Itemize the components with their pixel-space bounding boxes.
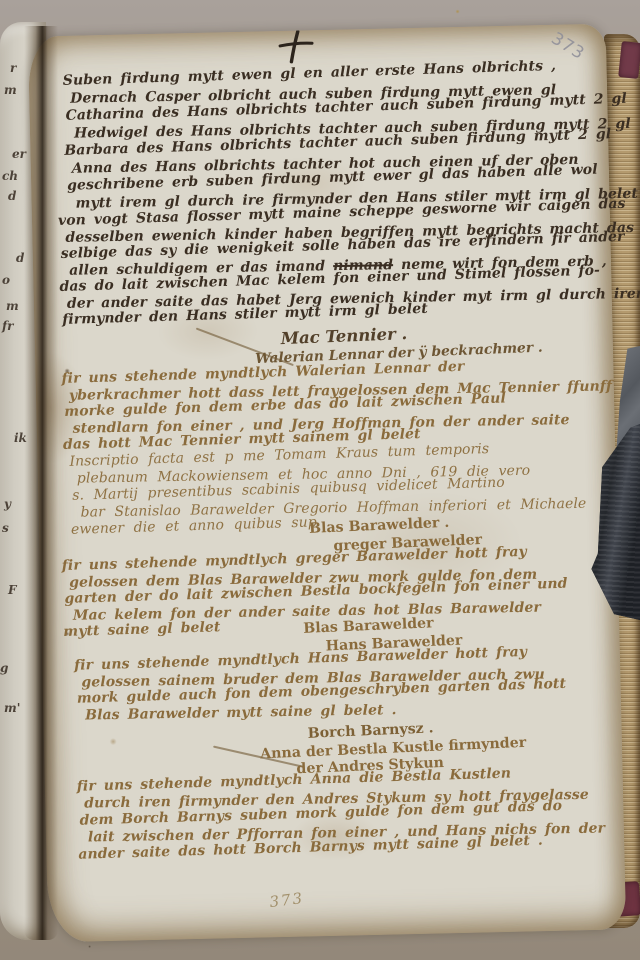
pen-flourish	[196, 327, 294, 365]
ink-layer: + 373 Suben firdung mytt ewen gl en alle…	[28, 24, 626, 943]
facing-page-text-fragment: g	[0, 662, 8, 674]
facing-page-text-fragment: ch	[2, 170, 18, 182]
facing-page-text-fragment: d	[8, 190, 16, 202]
entry-vogt-oath: von vogt Stasa flosser mytt maine schepp…	[58, 201, 640, 330]
facing-page-text-fragment: m'	[4, 702, 20, 714]
manuscript-photo: r m er ch d d o m fr ik y s F g m' + 373	[0, 0, 640, 960]
facing-page-text-fragment: m	[6, 300, 19, 312]
folio-number-bottom: 373	[268, 889, 305, 911]
cross-mark-icon: +	[278, 30, 315, 65]
facing-page-text-fragment: r	[10, 62, 16, 74]
manuscript-page: + 373 Suben firdung mytt ewen gl en alle…	[28, 24, 626, 943]
gutter-shadow	[24, 26, 58, 940]
facing-page-text-fragment: y	[4, 498, 11, 510]
facing-page-text-fragment: m	[4, 84, 17, 96]
facing-page-text-fragment: s	[2, 522, 9, 534]
facing-page-text-fragment: fr	[2, 320, 13, 332]
facing-page-text-fragment: F	[8, 584, 17, 596]
facing-page-text-fragment: o	[2, 274, 10, 286]
entry-olbricht-heirs: Suben firdung mytt ewen gl en aller erst…	[63, 61, 640, 214]
heading-mac-tennier: Mac Tennier .	[280, 324, 407, 348]
entry-anna-bestla-kustlen: fir uns stehende myndtlych Anna die Best…	[77, 768, 606, 865]
entry-hans-barawelder: fir uns stehende myndtlych Hans Baraweld…	[74, 648, 567, 725]
